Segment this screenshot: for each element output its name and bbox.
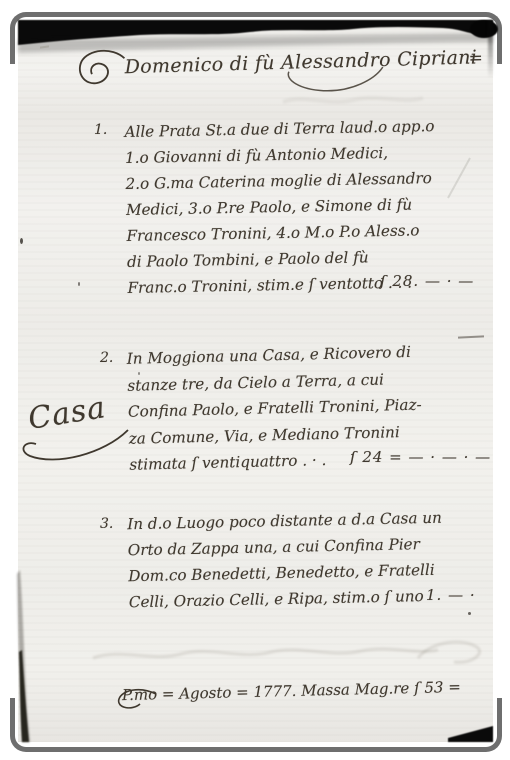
title-initial-flourish	[76, 48, 127, 91]
entry-text: In d.o Luogo poco distante a d.a Casa un…	[127, 505, 441, 616]
entry-number: 1.	[94, 122, 107, 138]
bleed-through-smudge-top	[283, 92, 423, 110]
scan-edge-corner-bottom-right	[448, 724, 493, 742]
entry-amount: 1. — ·	[426, 586, 476, 604]
manuscript-viewer: Domenico di fù Alessandro Cipriani = 1. …	[0, 0, 510, 760]
ink-speck	[138, 372, 140, 375]
margin-label-casa: Casa	[26, 390, 109, 437]
ink-speck	[20, 238, 23, 244]
scratch-mark	[446, 158, 472, 198]
entry-number: 3.	[100, 516, 113, 532]
manuscript-page: Domenico di fù Alessandro Cipriani = 1. …	[18, 20, 493, 742]
page-title: Domenico di fù Alessandro Cipriani	[124, 46, 477, 78]
bleed-through-script	[93, 642, 438, 666]
entry-number: 2.	[100, 350, 113, 366]
page-title-suffix: =	[468, 48, 483, 68]
ink-speck	[78, 282, 80, 286]
stray-dash-mark	[458, 335, 484, 338]
entry-amount: ſ 24 = — · — · —	[350, 448, 491, 466]
faint-pencil-mark	[40, 45, 49, 48]
scan-edge-streak-bottom-left	[18, 570, 34, 742]
footer-date-total: P.mo = Agosto = 1777. Massa Mag.re ſ 53 …	[122, 678, 461, 704]
bleed-through-flourish	[414, 636, 484, 668]
ink-speck	[468, 612, 471, 615]
entry-amount: ſ 28. — · —	[380, 272, 474, 290]
entry-line: Celli, Orazio Celli, e Ripa, stim.o ſ un…	[129, 583, 441, 616]
scan-edge-shadow-right	[488, 20, 493, 78]
title-row: Domenico di fù Alessandro Cipriani =	[76, 34, 476, 45]
